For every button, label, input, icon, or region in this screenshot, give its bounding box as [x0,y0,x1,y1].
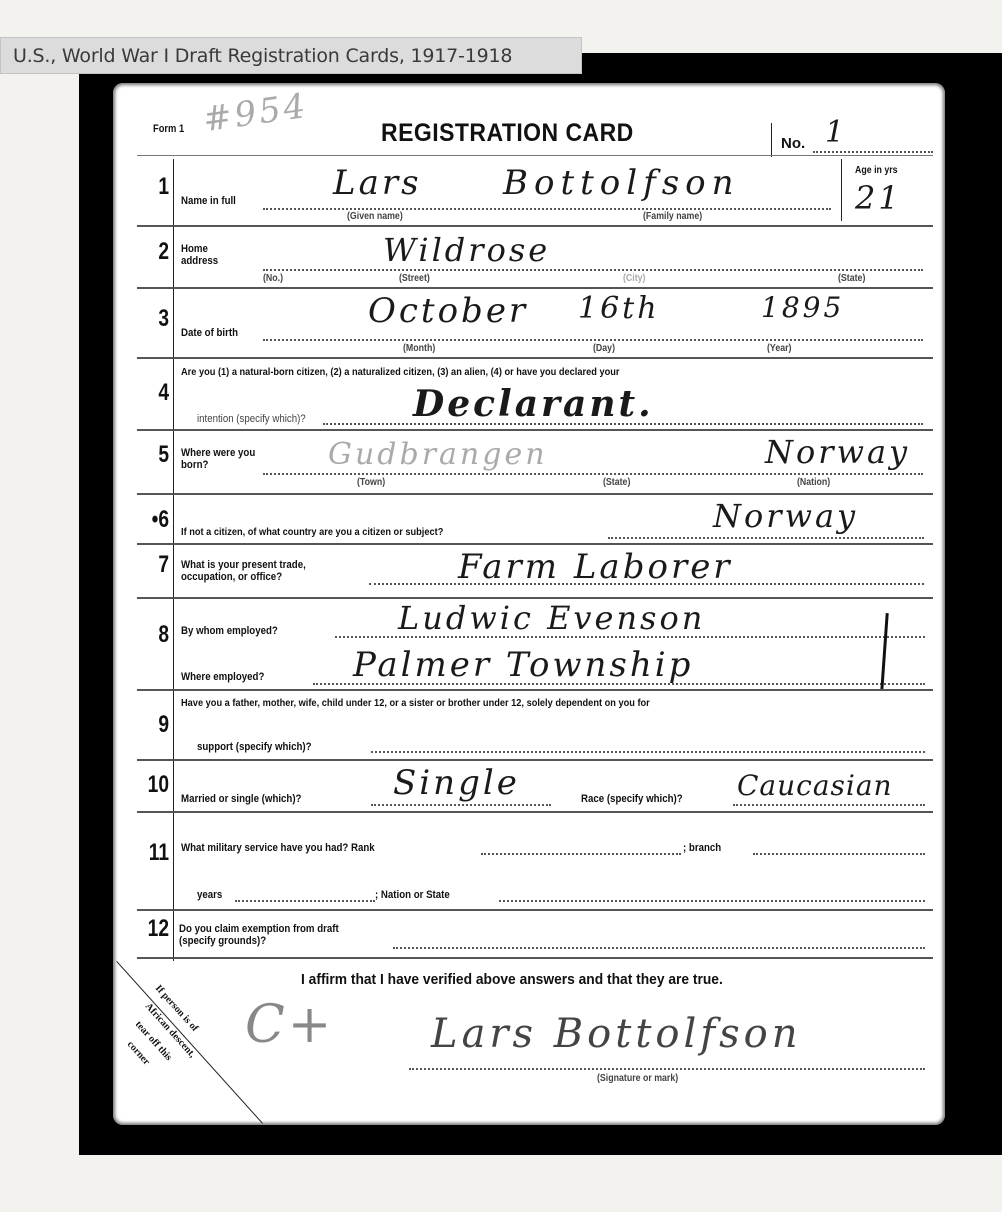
age-divider [841,159,842,221]
row-rule-9 [137,759,933,761]
row-rule-4 [137,429,933,431]
field-number-9: 9 [145,711,169,739]
address-dotted-line [263,269,923,271]
no-label: No. [781,135,805,152]
where-employed-label: Where employed? [181,671,264,683]
home-address-label: Home address [181,243,234,267]
dependents-question: Have you a father, mother, wife, child u… [181,697,650,709]
citizenship-label: intention (specify which)? [197,413,306,425]
stamp-number: #954 [201,86,311,140]
card-title: REGISTRATION CARD [381,119,634,148]
citizenship-question: Are you (1) a natural-born citizen, (2) … [181,366,619,378]
employer-label: By whom employed? [181,625,278,637]
record-title-tooltip: U.S., World War I Draft Registration Car… [0,37,582,74]
row-rule-11 [137,909,933,911]
row-rule-3 [137,357,933,359]
header-rule [137,155,933,156]
branch-label: ; branch [683,842,721,854]
field-number-12: 12 [145,915,169,943]
years-label: years [197,889,222,901]
occupation-label: What is your present trade, occupation, … [181,559,357,583]
row-rule-10 [137,811,933,813]
year-caption: (Year) [767,343,791,354]
employer-value: Ludwic Evenson [398,599,705,637]
row-rule-5 [137,493,933,495]
field-number-7: 7 [145,551,169,579]
home-address-value: Wildrose [383,231,550,269]
family-name-caption: (Family name) [643,211,702,222]
no-dotted-line [813,151,933,153]
where-employed-value: Palmer Township [353,645,693,685]
exemption-dotted-line [393,947,925,949]
birthplace-dotted-line [263,473,923,475]
pen-stroke [880,613,888,691]
race-value: Caucasian [737,769,893,802]
given-name-caption: (Given name) [347,211,403,222]
town-caption: (Town) [357,477,385,488]
row-rule-8 [137,689,933,691]
street-caption: (Street) [399,273,430,284]
rank-dotted-line [481,853,681,855]
military-service-label: What military service have you had? Rank [181,842,375,854]
age-value: 21 [855,179,902,217]
dependents-dotted-line [371,751,925,753]
marital-status-value: Single [393,763,520,803]
field-number-11: 11 [145,839,169,867]
name-family-value: Bottolfson [503,163,740,203]
field-number-1: 1 [145,173,169,201]
race-dotted-line [733,804,925,806]
affirmation-text: I affirm that I have verified above answ… [301,971,723,988]
document-image-viewer[interactable]: Form 1 #954 REGISTRATION CARD No. 1 1 Na… [79,53,1002,1155]
registrar-mark: C+ [245,995,334,1055]
field-number-4: 4 [145,379,169,407]
field-number-10: 10 [145,771,169,799]
row-rule-2 [137,287,933,289]
field-number-2: 2 [145,238,169,266]
field-number-3: 3 [145,305,169,333]
citizen-of-dotted-line [608,537,924,539]
number-column-rule [173,159,174,961]
birth-town-value: Gudbrangen [328,437,548,472]
citizenship-value: Declarant. [413,383,654,425]
row-rule-1 [137,225,933,227]
birthplace-label: Where were you born? [181,447,257,471]
row-rule-6 [137,543,933,545]
state-caption: (State) [838,273,865,284]
years-dotted-line [235,900,375,902]
date-of-birth-label: Date of birth [181,327,238,339]
city-caption: (City) [623,273,645,284]
birth-nation-value: Norway [765,433,910,471]
form-label: Form 1 [153,123,184,135]
field-number-6: •6 [135,506,169,534]
name-dotted-line [263,208,831,210]
marital-dotted-line [371,804,551,806]
state-caption-5: (State) [603,477,630,488]
dob-dotted-line [263,339,923,341]
no-value: 1 [825,115,847,150]
day-caption: (Day) [593,343,615,354]
name-label: Name in full [181,195,236,207]
occupation-value: Farm Laborer [458,547,733,587]
birth-month-value: October [368,291,528,331]
registration-card: Form 1 #954 REGISTRATION CARD No. 1 1 Na… [113,83,945,1125]
nation-caption: (Nation) [797,477,830,488]
race-label: Race (specify which)? [581,793,683,805]
birth-year-value: 1895 [761,291,844,324]
dependents-label: support (specify which)? [197,741,312,753]
citizen-of-value: Norway [713,497,858,535]
month-caption: (Month) [403,343,435,354]
signature-caption: (Signature or mark) [597,1073,678,1084]
field-number-5: 5 [145,441,169,469]
nation-dotted-line [499,900,925,902]
birth-day-value: 16th [578,291,660,326]
row-rule-12 [137,957,933,959]
marital-status-label: Married or single (which)? [181,793,301,805]
tear-off-corner-line [116,961,263,1124]
signature-dotted-line [409,1068,925,1070]
nation-or-state-label: ; Nation or State [375,889,450,901]
exemption-label: Do you claim exemption from draft (speci… [179,923,364,947]
header-divider [771,123,772,157]
citizen-of-label: If not a citizen, of what country are yo… [181,526,443,538]
field-number-8: 8 [145,621,169,649]
age-label: Age in yrs [855,165,898,176]
signature-value: Lars Bottolfson [431,1011,801,1057]
name-given-value: Lars [333,163,422,203]
no-caption: (No.) [263,273,283,284]
branch-dotted-line [753,853,925,855]
